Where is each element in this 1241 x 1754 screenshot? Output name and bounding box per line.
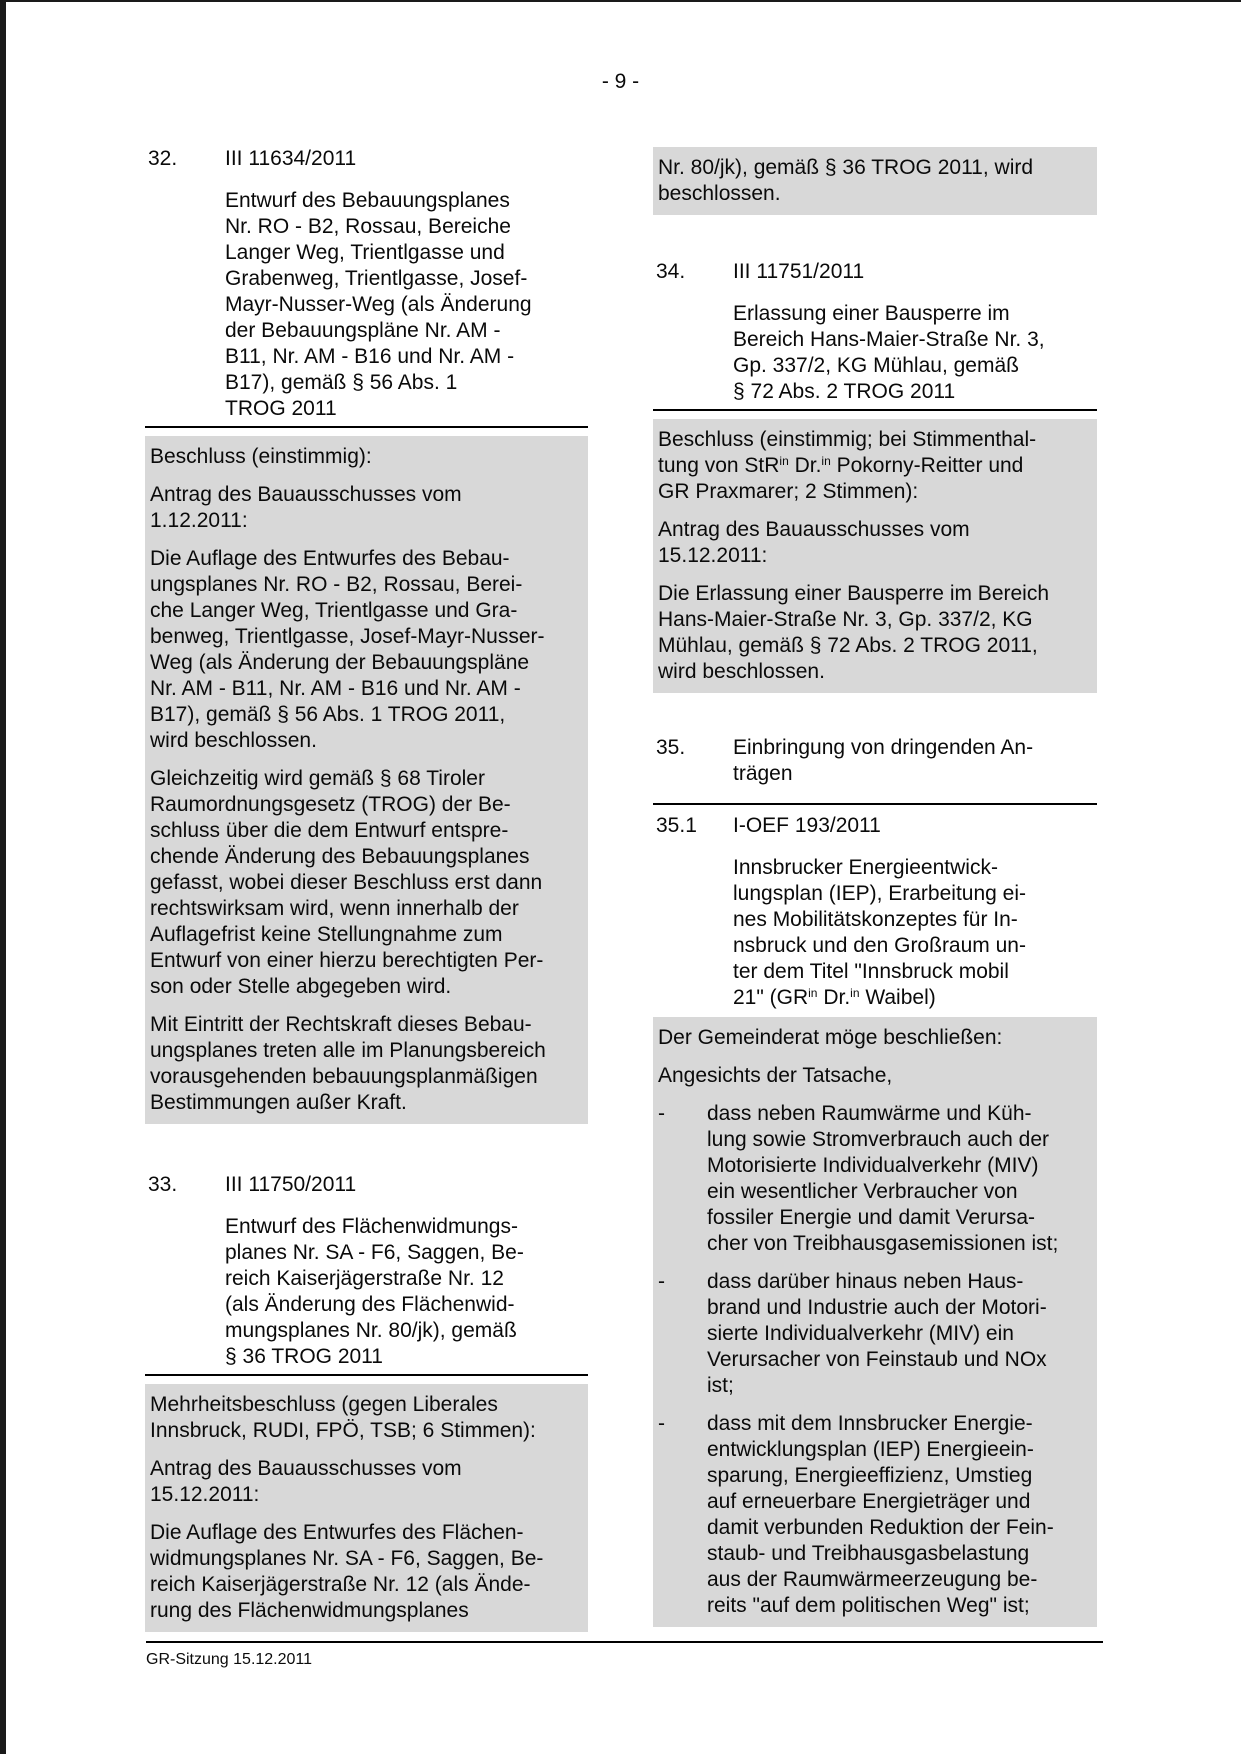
agenda-item-35-1: 35.1 I-OEF 193/2011	[653, 813, 1097, 839]
bullet-text: dass neben Raumwärme und Küh- lung sowie…	[707, 1101, 1091, 1257]
agenda-item-35-title: Einbringung von dringenden An- trägen	[733, 735, 1097, 787]
document-page: - 9 - 32. III 11634/2011 Entwurf des Beb…	[0, 0, 1241, 1754]
decision-block-33: Mehrheitsbeschluss (gegen Liberales Inns…	[145, 1384, 588, 1632]
motion-block-35-1: Der Gemeinderat möge beschließen: Angesi…	[653, 1017, 1097, 1627]
decision-text-part: Dr.	[789, 454, 822, 477]
decision-block-33-continued: Nr. 80/jk), gemäß § 36 TROG 2011, wird b…	[653, 147, 1097, 215]
decision-paragraph: Die Erlassung einer Bausperre im Bereich…	[658, 581, 1091, 685]
bullet-text: dass mit dem Innsbrucker Energie- entwic…	[707, 1411, 1091, 1619]
decision-paragraph: Gleichzeitig wird gemäß § 68 Tiroler Rau…	[150, 766, 582, 1000]
motion-paragraph: Der Gemeinderat möge beschließen:	[658, 1025, 1091, 1051]
bullet-item: - dass darüber hinaus neben Haus- brand …	[658, 1269, 1091, 1399]
decision-paragraph: Antrag des Bauausschusses vom 1.12.2011:	[150, 482, 582, 534]
page-footer: GR-Sitzung 15.12.2011	[146, 1641, 1103, 1670]
divider	[145, 426, 588, 428]
decision-paragraph: Beschluss (einstimmig):	[150, 444, 582, 470]
left-column: 32. III 11634/2011 Entwurf des Bebauungs…	[145, 146, 588, 1632]
scan-edge-left	[0, 0, 6, 1754]
superscript-in: in	[850, 986, 859, 1000]
bullet-marker: -	[658, 1411, 707, 1619]
agenda-item-35: 35. Einbringung von dringenden An- träge…	[653, 735, 1097, 787]
item-number: 33.	[145, 1172, 225, 1198]
bullet-text: dass darüber hinaus neben Haus- brand un…	[707, 1269, 1091, 1399]
bullet-item: - dass mit dem Innsbrucker Energie- entw…	[658, 1411, 1091, 1619]
decision-paragraph: Mehrheitsbeschluss (gegen Liberales Inns…	[150, 1392, 582, 1444]
divider	[653, 409, 1097, 411]
agenda-item-34-title: Erlassung einer Bausperre im Bereich Han…	[733, 301, 1097, 405]
bullet-marker: -	[658, 1269, 707, 1399]
item-number: 32.	[145, 146, 225, 172]
decision-paragraph: Mit Eintritt der Rechtskraft dieses Beba…	[150, 1012, 582, 1116]
bullet-item: - dass neben Raumwärme und Küh- lung sow…	[658, 1101, 1091, 1257]
divider	[145, 1374, 588, 1376]
motion-paragraph: Angesichts der Tatsache,	[658, 1063, 1091, 1089]
agenda-item-33-title: Entwurf des Flächenwidmungs- planes Nr. …	[225, 1214, 588, 1370]
item-number: 35.1	[653, 813, 733, 839]
title-text-part: Dr.	[817, 986, 850, 1009]
footer-text: GR-Sitzung 15.12.2011	[146, 1651, 312, 1668]
agenda-item-34: 34. III 11751/2011	[653, 259, 1097, 285]
agenda-item-33: 33. III 11750/2011	[145, 1172, 588, 1198]
decision-paragraph: Nr. 80/jk), gemäß § 36 TROG 2011, wird b…	[658, 155, 1091, 207]
superscript-in: in	[779, 454, 788, 468]
scan-edge-top	[0, 0, 1241, 2]
agenda-item-35-1-title: Innsbrucker Energieentwick- lungsplan (I…	[733, 855, 1097, 1011]
agenda-item-32: 32. III 11634/2011	[145, 146, 588, 172]
decision-paragraph: Die Auflage des Entwurfes des Bebau- ung…	[150, 546, 582, 754]
decision-paragraph: Antrag des Bauausschusses vom 15.12.2011…	[150, 1456, 582, 1508]
item-ref: III 11634/2011	[225, 146, 588, 172]
decision-block-32: Beschluss (einstimmig): Antrag des Bauau…	[145, 436, 588, 1124]
item-ref: III 11750/2011	[225, 1172, 588, 1198]
item-number: 34.	[653, 259, 733, 285]
decision-block-34: Beschluss (einstimmig; bei Stimmenthal- …	[653, 419, 1097, 693]
bullet-marker: -	[658, 1101, 707, 1257]
right-column: Nr. 80/jk), gemäß § 36 TROG 2011, wird b…	[653, 147, 1097, 1627]
item-number: 35.	[653, 735, 733, 787]
page-number: - 9 -	[0, 70, 1241, 94]
divider	[653, 803, 1097, 805]
decision-paragraph: Beschluss (einstimmig; bei Stimmenthal- …	[658, 427, 1091, 505]
item-ref: I-OEF 193/2011	[733, 813, 1097, 839]
item-ref: III 11751/2011	[733, 259, 1097, 285]
decision-paragraph: Antrag des Bauausschusses vom 15.12.2011…	[658, 517, 1091, 569]
superscript-in: in	[821, 454, 830, 468]
title-text-part: Waibel)	[860, 986, 936, 1009]
decision-paragraph: Die Auflage des Entwurfes des Flächen- w…	[150, 1520, 582, 1624]
agenda-item-32-title: Entwurf des Bebauungsplanes Nr. RO - B2,…	[225, 188, 588, 422]
